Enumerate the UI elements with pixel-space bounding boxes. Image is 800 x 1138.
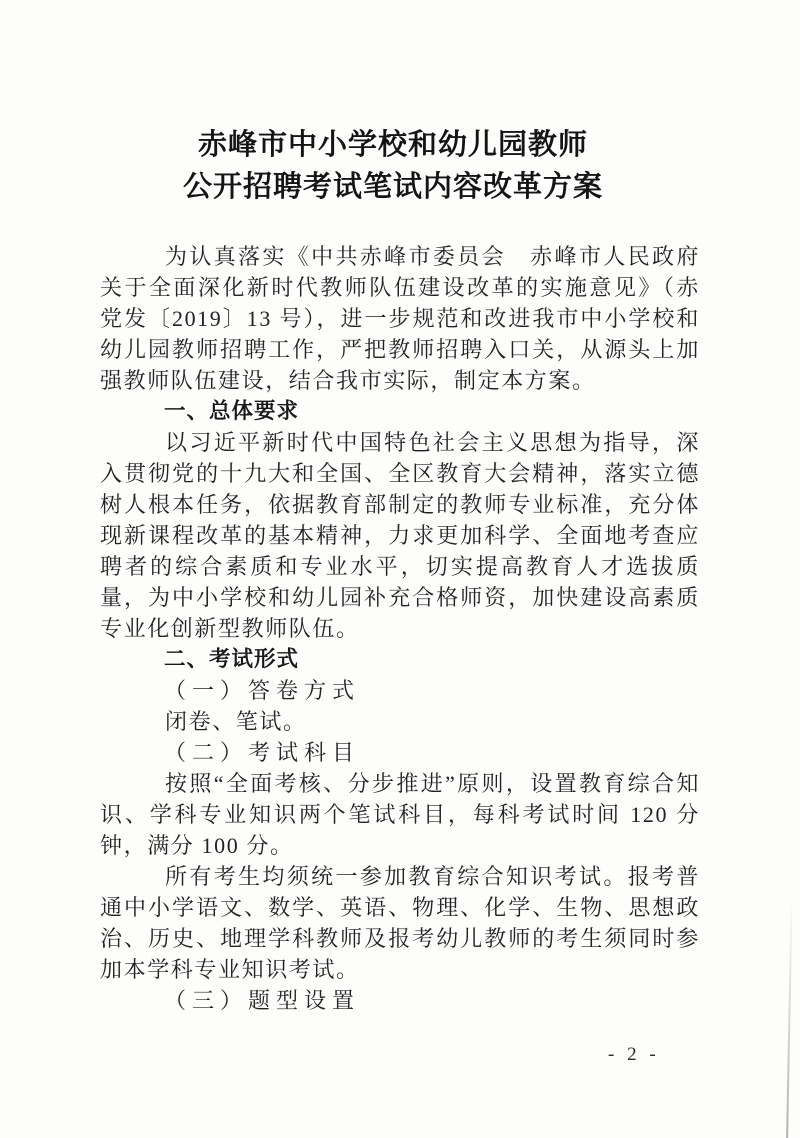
paragraph-overall-require: 以习近平新时代中国特色社会主义思想为指导，深入贯彻党的十九大和全国、全区教育大会… <box>100 427 700 644</box>
section-heading-2: 二、考试形式 <box>100 644 700 675</box>
document-title: 赤峰市中小学校和幼儿园教师 公开招聘考试笔试内容改革方案 <box>0 124 786 208</box>
section-heading-1: 一、总体要求 <box>100 396 700 427</box>
subsection-heading-2-1: （一）答卷方式 <box>100 675 700 706</box>
paragraph-exam-subjects: 按照“全面考核、分步推进”原则，设置教育综合知识、学科专业知识两个笔试科目，每科… <box>100 768 700 861</box>
subsection-heading-2-2: （二）考试科目 <box>100 737 700 768</box>
document-body: 为认真落实《中共赤峰市委员会 赤峰市人民政府关于全面深化新时代教师队伍建设改革的… <box>100 241 700 1016</box>
paragraph-answer-mode: 闭卷、笔试。 <box>100 706 700 737</box>
paragraph-intro: 为认真落实《中共赤峰市委员会 赤峰市人民政府关于全面深化新时代教师队伍建设改革的… <box>100 241 700 396</box>
scanned-document-page: 赤峰市中小学校和幼儿园教师 公开招聘考试笔试内容改革方案 为认真落实《中共赤峰市… <box>0 0 800 1138</box>
document-title-line1: 赤峰市中小学校和幼儿园教师 <box>0 124 786 166</box>
subsection-heading-2-3: （三）题型设置 <box>100 985 700 1016</box>
footer-page-number: - 2 - <box>608 1044 660 1066</box>
scan-artifact-line <box>786 896 793 1138</box>
document-title-line2: 公开招聘考试笔试内容改革方案 <box>0 166 786 208</box>
paragraph-exam-candidates: 所有考生均须统一参加教育综合知识考试。报考普通中小学语文、数学、英语、物理、化学… <box>100 861 700 985</box>
